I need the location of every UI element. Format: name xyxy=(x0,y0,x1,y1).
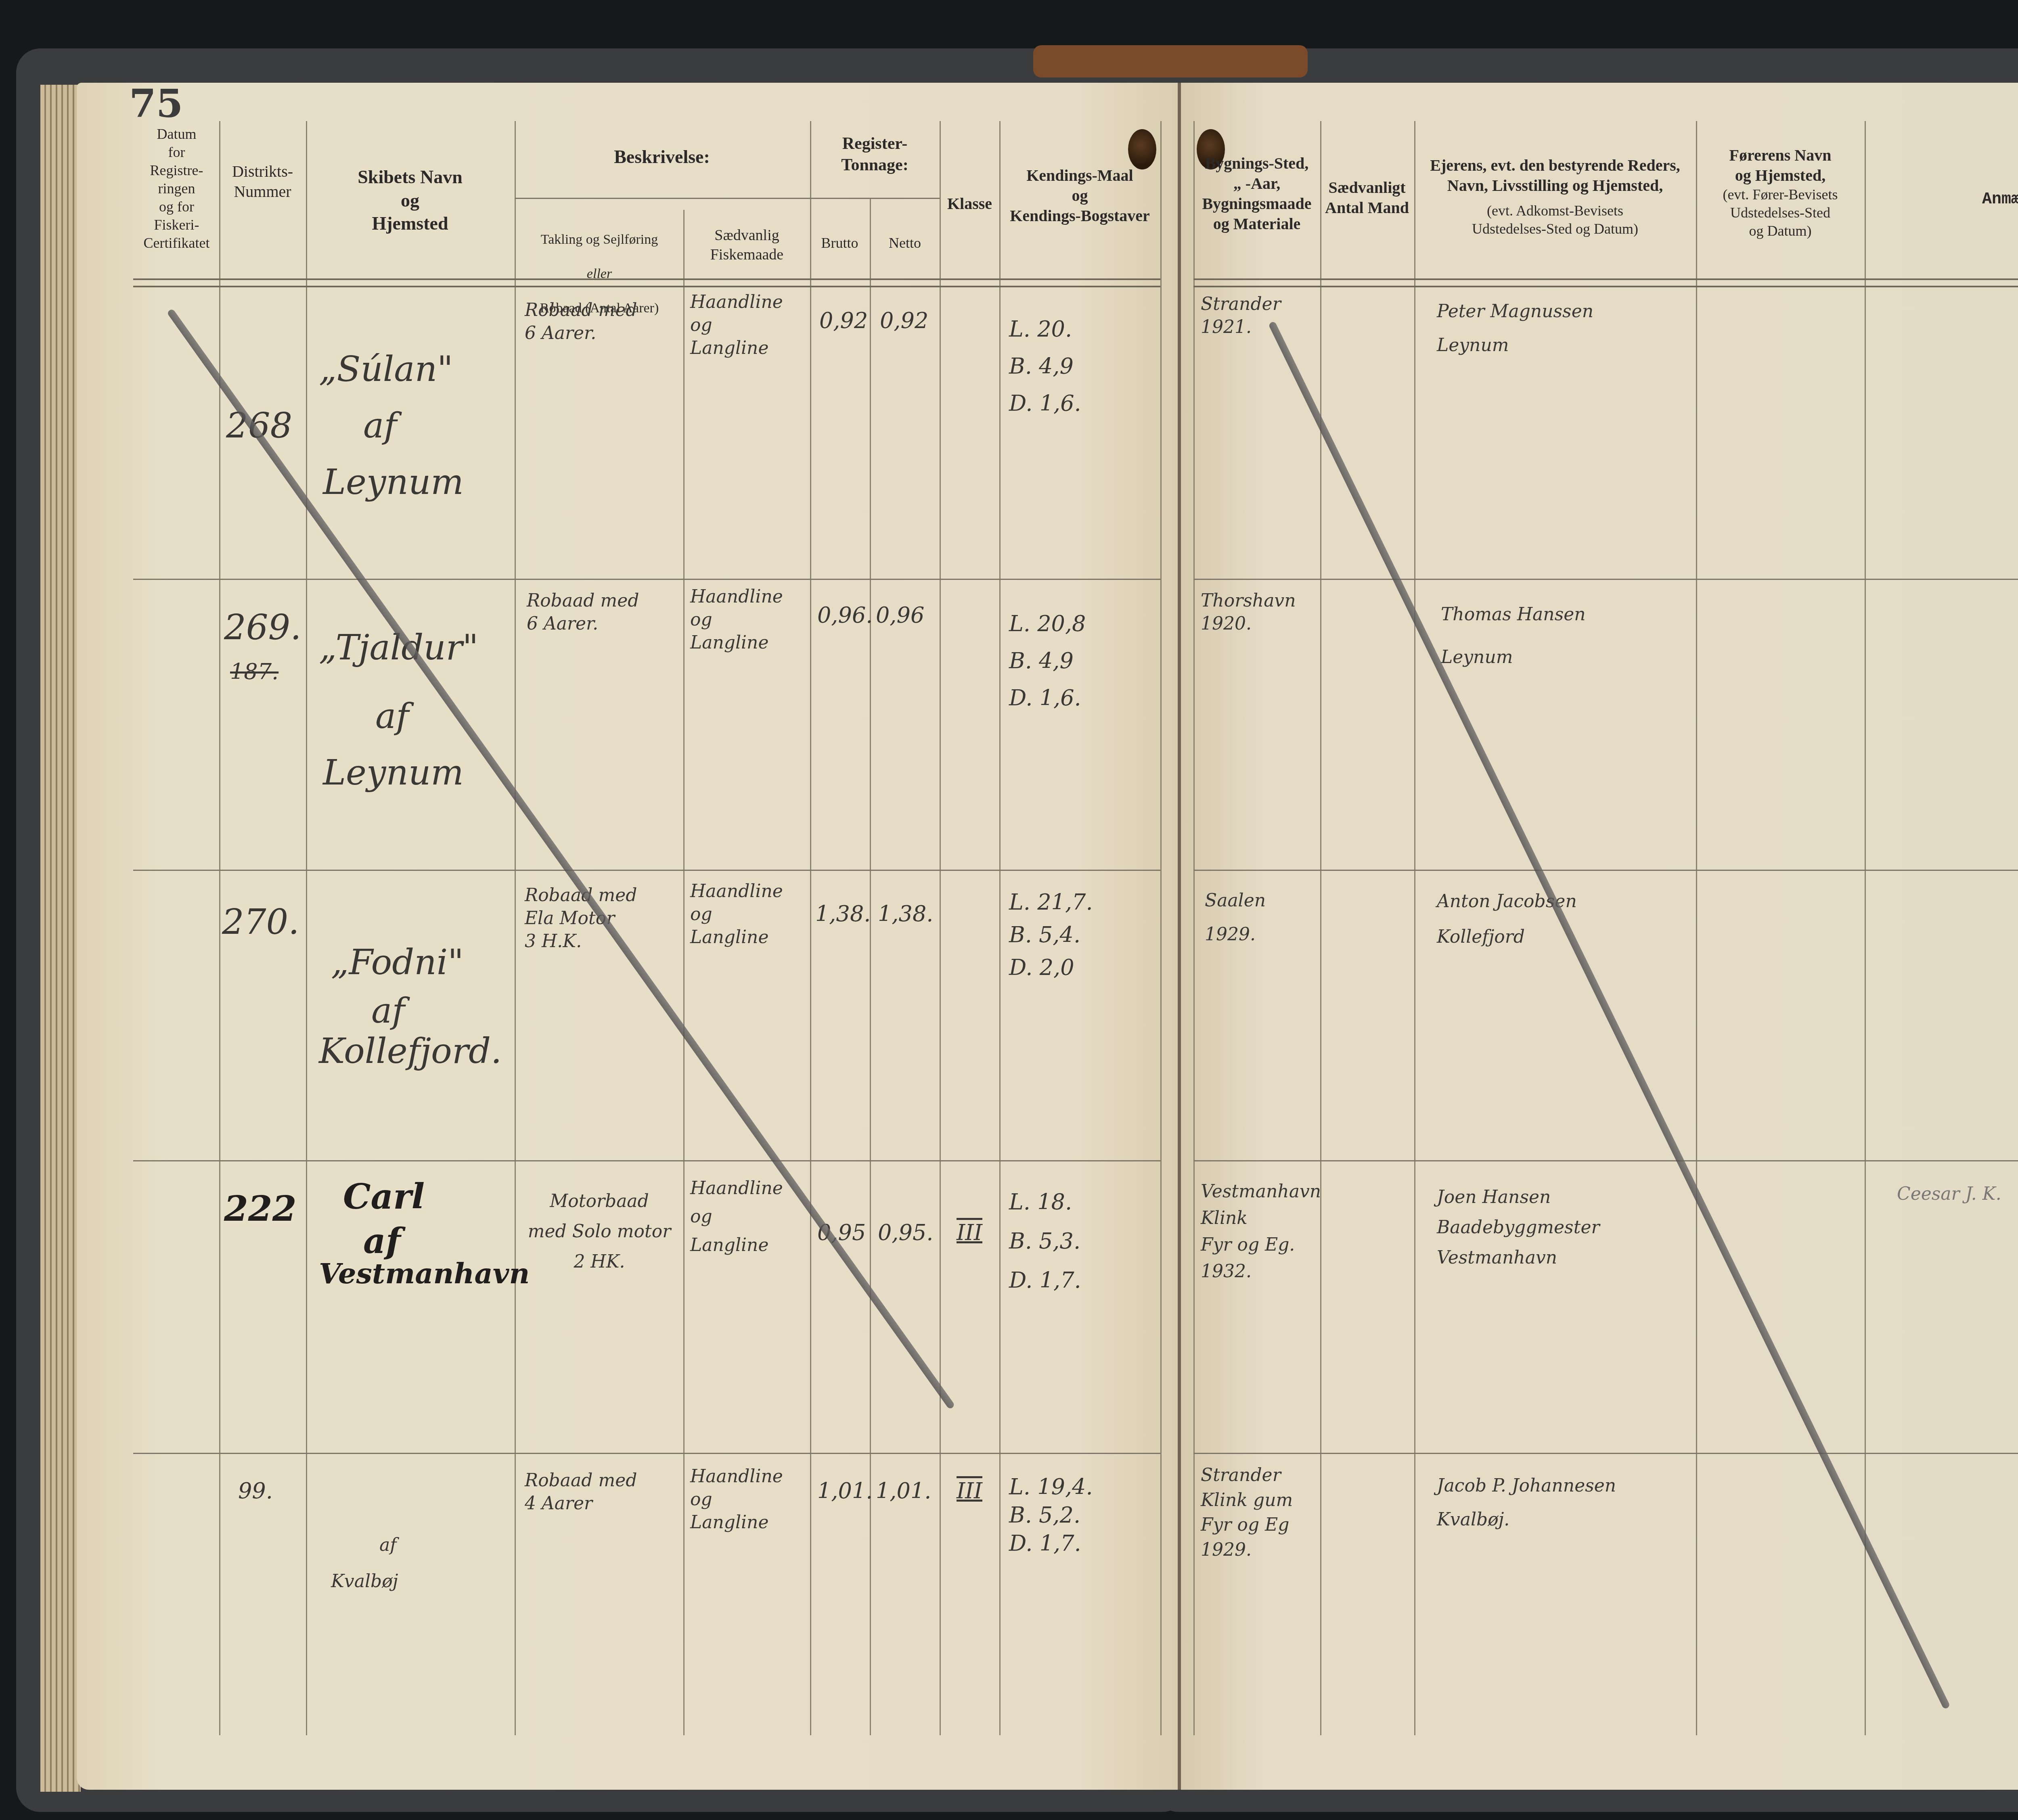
page-number-left: 75 xyxy=(129,81,183,126)
row-separator xyxy=(1193,1160,2018,1161)
col-line xyxy=(683,210,685,1735)
col-line xyxy=(940,121,941,1735)
header-saedvanligt-antal-mand: Sædvanligt Antal Mand xyxy=(1321,178,1413,218)
takling: Robaad med 6 Aarer. xyxy=(527,589,639,635)
bygning: Strander 1921. xyxy=(1201,293,1281,339)
klasse: III xyxy=(957,1477,982,1505)
header-takling-line1: Takling og Sejlføring xyxy=(517,231,682,249)
header-datum: Datum for Registre- ringen og for Fisker… xyxy=(135,125,218,252)
brutto: 0,92 xyxy=(819,307,868,335)
row-separator xyxy=(133,1453,1160,1454)
skib-af: af xyxy=(379,1533,397,1556)
skib-af: af xyxy=(371,989,405,1034)
kendings: L. 19,4. B. 5,2. D. 1,7. xyxy=(1009,1473,1093,1558)
brutto: 0,96. xyxy=(817,601,873,630)
fiskemaade: Haandline og Langline xyxy=(690,585,783,655)
ejer: Anton Jacobsen Kollefjord xyxy=(1437,884,1577,955)
header-brutto: Brutto xyxy=(810,234,869,252)
row-separator xyxy=(133,870,1160,871)
netto: 1,38. xyxy=(878,900,933,928)
header-distrikts: Distrikts- Nummer xyxy=(221,161,304,202)
col-line xyxy=(219,121,220,1735)
distrikts-nr: 270. xyxy=(222,900,299,945)
skib-navn: „Fodni" xyxy=(331,940,464,985)
col-line xyxy=(1414,121,1415,1735)
header-forerens-sub: (evt. Fører-Bevisets Udstedelses-Sted og… xyxy=(1697,186,1864,240)
skib-navn: „Súlan" xyxy=(319,347,453,392)
header-kendings: Kendings-Maal og Kendings-Bogstaver xyxy=(1000,165,1160,226)
takling: Robaad med 4 Aarer xyxy=(525,1469,637,1515)
fiskemaade: Haandline og Langline xyxy=(690,1174,783,1259)
kendings: L. 20,8 B. 4,9 D. 1,6. xyxy=(1009,605,1086,716)
skib-af: af xyxy=(363,404,397,449)
header-anmaerkninger: Anmærkninger xyxy=(1867,190,2018,210)
col-line xyxy=(1160,121,1162,1735)
spine-gutter xyxy=(1178,83,1181,1790)
ejer: Peter Magnussen Leynum xyxy=(1437,295,1593,362)
netto: 0,92 xyxy=(880,307,928,335)
anmaerkning: Ceesar J. K. xyxy=(1897,1182,2001,1205)
distrikts-extra: 187. xyxy=(230,658,278,686)
header-ejerens: Ejerens, evt. den bestyrende Reders, Nav… xyxy=(1415,155,1695,196)
header-netto: Netto xyxy=(871,234,939,252)
beskrivelse-divider xyxy=(515,198,810,199)
ejer: Thomas Hansen Leynum xyxy=(1441,593,1586,678)
header-saedvanlig-fiskemaade: Sædvanlig Fiskemaade xyxy=(685,226,808,264)
col-line xyxy=(306,121,307,1735)
header-register-tonnage: Register- Tonnage: xyxy=(811,133,938,176)
header-beskrivelse: Beskrivelse: xyxy=(517,145,807,169)
distrikts-nr: 269. xyxy=(224,605,301,651)
ejer: Jacob P. Johannesen Kvalbøj. xyxy=(1437,1469,1616,1536)
netto: 0,96 xyxy=(876,601,924,630)
distrikts-nr: 222 xyxy=(224,1186,297,1232)
takling: Motorbaad med Solo motor 2 HK. xyxy=(521,1186,678,1277)
netto: 1,01. xyxy=(876,1477,931,1505)
brutto: 1,01. xyxy=(817,1477,873,1505)
fiskemaade: Haandline og Langline xyxy=(690,291,783,360)
page-edges-left xyxy=(40,85,81,1792)
skib-hjemsted: Kollefjord. xyxy=(319,1029,502,1074)
col-line xyxy=(999,121,1001,1735)
bygning: Strander Klink gum Fyr og Eg 1929. xyxy=(1201,1463,1293,1562)
takling: Robaad med 6 Aarer. xyxy=(525,299,637,345)
bygning: Vestmanhavn Klink Fyr og Eg. 1932. xyxy=(1201,1178,1321,1285)
row-separator xyxy=(1193,870,2018,871)
torn-spine xyxy=(1033,45,1308,77)
netto: 0,95. xyxy=(878,1219,933,1247)
kendings: L. 20. B. 4,9 D. 1,6. xyxy=(1009,311,1081,422)
col-line xyxy=(515,121,516,1735)
skib-hjemsted: Kvalbøj xyxy=(331,1570,398,1593)
kendings: L. 18. B. 5,3. D. 1,7. xyxy=(1009,1182,1081,1300)
skib-hjemsted: Leynum xyxy=(323,460,464,505)
kendings: L. 21,7. B. 5,4. D. 2,0 xyxy=(1009,886,1093,984)
bygning: Thorshavn 1920. xyxy=(1201,589,1296,635)
ejer: Joen Hansen Baadebyggmester Vestmanhavn xyxy=(1437,1182,1599,1273)
col-line xyxy=(1320,121,1321,1735)
skib-hjemsted: Leynum xyxy=(323,751,464,796)
klasse: III xyxy=(957,1219,982,1247)
col-line xyxy=(1865,121,1866,1735)
header-rule-right xyxy=(1193,278,2018,287)
header-klasse: Klasse xyxy=(940,194,999,214)
row-separator xyxy=(133,1160,1160,1161)
header-ejerens-sub: (evt. Adkomst-Bevisets Udstedelses-Sted … xyxy=(1415,202,1695,238)
header-skibets-navn: Skibets Navn og Hjemsted xyxy=(307,165,513,235)
fiskemaade: Haandline og Langline xyxy=(690,1465,783,1534)
skib-af: af xyxy=(375,694,409,739)
col-line xyxy=(810,121,811,1735)
header-forerens: Førerens Navn og Hjemsted, xyxy=(1697,145,1864,186)
fiskemaade: Haandline og Langline xyxy=(690,880,783,949)
brutto: 1,38. xyxy=(815,900,871,928)
col-line xyxy=(1193,121,1195,1735)
col-line xyxy=(1696,121,1697,1735)
punch-hole-left xyxy=(1128,129,1156,169)
skib-hjemsted: Vestmanhavn xyxy=(319,1255,530,1292)
header-bygnings: Bygnings-Sted, „ -Aar, Bygningsmaade og … xyxy=(1195,153,1319,234)
row-separator xyxy=(1193,1453,2018,1454)
row-separator xyxy=(133,579,1160,580)
skib-navn: Carl xyxy=(343,1174,425,1220)
row-separator xyxy=(1193,579,2018,580)
bygning: Saalen 1929. xyxy=(1205,884,1266,951)
header-takling-eller: eller xyxy=(517,266,682,283)
distrikts-nr: 99. xyxy=(238,1477,273,1505)
tonnage-divider xyxy=(810,198,940,199)
